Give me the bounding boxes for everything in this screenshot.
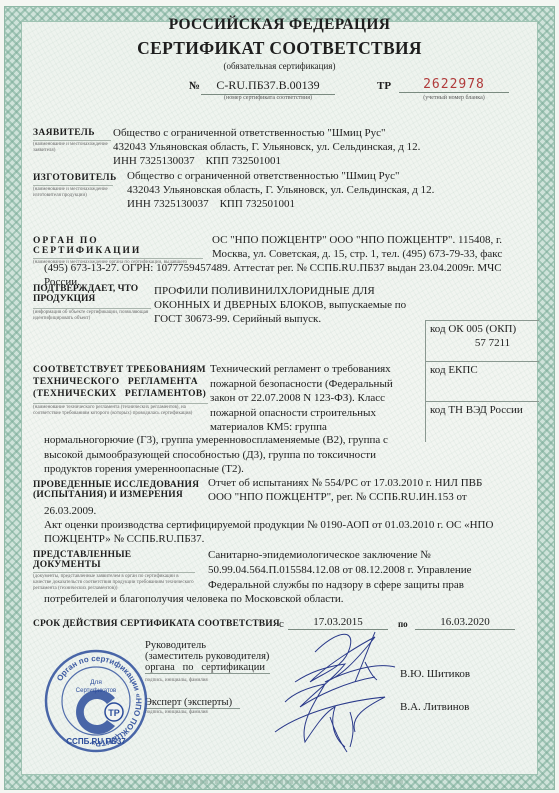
compliance-cont-line2: высокой дымообразующей способностью (Д3)… (44, 448, 388, 463)
tests-line2: ООО "НПО ПОЖЦЕНТР", рег. № ССПБ.RU.ИН.15… (208, 490, 467, 504)
fine-print-strip (160, 780, 405, 784)
documents-line1: Санитарно-эпидемиологическое заключение … (208, 548, 431, 562)
certificate-number-caption: (номер сертификата соответствия) (201, 95, 335, 101)
manufacturer-address: 432043 Ульяновская область, Г. Ульяновск… (127, 183, 434, 197)
product-label-block: ПОДТВЕРЖДАЕТ, ЧТО ПРОДУКЦИЯ (информация … (33, 284, 151, 322)
tests-line3: 26.03.2009. (44, 504, 96, 518)
compliance-line4: пожарной опасности строительных (210, 406, 393, 421)
expert-caption: подпись, инициалы, фамилия (145, 710, 240, 715)
head-role-line1: Руководитель (145, 640, 270, 651)
compliance-caption: (наименование технического регламента (т… (33, 403, 208, 417)
product-line2: ОКОННЫХ И ДВЕРНЫХ БЛОКОВ, выпускаемые по (154, 298, 406, 312)
certification-stamp: Орган по сертификации «НПО ПОЖЦЕНТР» ТР … (43, 648, 149, 754)
tests-line4: Акт оценки производства сертифицируемой … (44, 518, 493, 532)
validity-to-date: 16.03.2020 (415, 615, 515, 630)
head-caption: подпись, инициалы, фамилия (145, 675, 270, 686)
compliance-cont-line1: нормальногорючие (Г3), группа умеренново… (44, 433, 388, 448)
compliance-label-block: СООТВЕТСТВУЕТ ТРЕБОВАНИЯМ ТЕХНИЧЕСКОГО Р… (33, 364, 208, 417)
okp-code-box: код ОК 005 (ОКП) 57 7211 (425, 320, 539, 361)
okp-code-value: 57 7211 (430, 337, 535, 349)
manufacturer-label: ИЗГОТОВИТЕЛЬ (33, 173, 113, 183)
expert-block: Эксперт (эксперты) подпись, инициалы, фа… (145, 697, 240, 715)
documents-line2: 50.99.04.564.П.015584.12.08 от 08.12.200… (208, 563, 472, 577)
head-role-line2: (заместитель руководителя) (145, 651, 270, 662)
tnved-code-box: код ТН ВЭД России (425, 401, 539, 442)
tests-line5: ПОЖЦЕНТР» № ССПБ.RU.ПБ37. (44, 532, 204, 546)
certificate-subtitle: (обязательная сертификация) (0, 61, 559, 71)
compliance-label-line3: (ТЕХНИЧЕСКИХ РЕГЛАМЕНТОВ) (33, 388, 208, 400)
manufacturer-inn: ИНН 7325130037 КПП 732501001 (127, 197, 434, 211)
head-signatory-block: Руководитель (заместитель руководителя) … (145, 640, 270, 686)
cert-body-label: ОРГАН ПО СЕРТИФИКАЦИИ (33, 236, 203, 256)
compliance-line2: пожарной безопасности (Федеральный (210, 377, 393, 392)
applicant-inn: ИНН 7325130037 КПП 732501001 (113, 154, 420, 168)
tp-label: ТР (377, 80, 391, 92)
documents-label-block: ПРЕДСТАВЛЕННЫЕ ДОКУМЕНТЫ (документы, пре… (33, 550, 195, 592)
manufacturer-caption: (наименование и местонахождение изготови… (33, 185, 113, 199)
expert-label: Эксперт (эксперты) (145, 697, 240, 709)
compliance-line3: закон от 22.07.2008 N 123-ФЗ). Класс (210, 391, 393, 406)
product-line1: ПРОФИЛИ ПОЛИВИНИЛХЛОРИДНЫЕ ДЛЯ (154, 284, 406, 298)
tnved-code-label: код ТН ВЭД России (430, 404, 535, 416)
manufacturer-name: Общество с ограниченной ответственностью… (127, 169, 434, 183)
okp-code-label: код ОК 005 (ОКП) (430, 323, 535, 335)
compliance-label-line2: ТЕХНИЧЕСКОГО РЕГЛАМЕНТА (33, 376, 208, 388)
documents-line4: потребителей и благополучия человека по … (44, 592, 344, 606)
tests-label-line2: (ИСПЫТАНИЯ) И ИЗМЕРЕНИЯ (33, 490, 208, 500)
compliance-continuation: нормальногорючие (Г3), группа умеренново… (44, 433, 388, 477)
tests-label-block: ПРОВЕДЕННЫЕ ИССЛЕДОВАНИЯ (ИСПЫТАНИЯ) И И… (33, 480, 208, 500)
stamp-center-top: Для (90, 679, 102, 686)
applicant-details: Общество с ограниченной ответственностью… (113, 126, 420, 168)
applicant-label: ЗАЯВИТЕЛЬ (33, 128, 111, 138)
country-heading: РОССИЙСКАЯ ФЕДЕРАЦИЯ (0, 16, 559, 34)
compliance-label-line1: СООТВЕТСТВУЕТ ТРЕБОВАНИЯМ (33, 364, 208, 376)
head-role-line3: органа по сертификации (145, 662, 270, 674)
stamp-logo-text: ТР (108, 708, 120, 718)
product-label-line2: ПРОДУКЦИЯ (33, 294, 151, 304)
product-caption: (информация об объекте сертификации, поз… (33, 308, 151, 322)
compliance-line1: Технический регламент о требованиях (210, 362, 393, 377)
manufacturer-details: Общество с ограниченной ответственностью… (127, 169, 434, 211)
certificate-number: С-RU.ПБ37.В.00139 (201, 78, 335, 95)
applicant-label-block: ЗАЯВИТЕЛЬ (наименование и местонахождени… (33, 128, 111, 154)
tests-label-line1: ПРОВЕДЕННЫЕ ИССЛЕДОВАНИЯ (33, 480, 208, 490)
documents-caption: (документы, представленные заявителем в … (33, 572, 195, 592)
blank-number-caption: (учетный номер бланка) (399, 95, 509, 101)
cert-body-line3: (495) 673-13-27. ОГРН: 1077759457489. Ат… (44, 261, 502, 275)
applicant-name: Общество с ограниченной ответственностью… (113, 126, 420, 140)
manufacturer-label-block: ИЗГОТОВИТЕЛЬ (наименование и местонахожд… (33, 173, 113, 199)
number-sign: № (189, 80, 200, 92)
tests-line1: Отчет об испытаниях № 554/РС от 17.03.20… (208, 476, 482, 490)
product-line3: ГОСТ 30673-99. Серийный выпуск. (154, 312, 406, 326)
compliance-cont-line3: продуктов горения умеренноопасные (Т2). (44, 462, 388, 477)
validity-label: СРОК ДЕЙСТВИЯ СЕРТИФИКАТА СООТВЕТСТВИЯ (33, 619, 280, 629)
stamp-center-mid: Сертификатов (76, 688, 116, 694)
applicant-caption: (наименование и местонахождение заявител… (33, 140, 111, 154)
ekps-code-label: код ЕКПС (430, 364, 535, 376)
certificate-title: СЕРТИФИКАТ СООТВЕТСТВИЯ (0, 38, 559, 59)
cert-body-line2: Москва, ул. Советская, д. 15, стр. 1, те… (212, 247, 502, 261)
applicant-address: 432043 Ульяновская область, Г. Ульяновск… (113, 140, 420, 154)
documents-line3: Федеральной службы по надзору в сфере за… (208, 578, 464, 592)
ekps-code-box: код ЕКПС (425, 361, 539, 402)
stamp-bottom-text: ССПБ.RU.ПБ37 (66, 737, 126, 746)
documents-label: ПРЕДСТАВЛЕННЫЕ ДОКУМЕНТЫ (33, 550, 195, 570)
cert-body-line1: ОС "НПО ПОЖЦЕНТР" ООО "НПО ПОЖЦЕНТР". 11… (212, 233, 502, 247)
compliance-regulation: Технический регламент о требованиях пожа… (210, 362, 393, 435)
product-description: ПРОФИЛИ ПОЛИВИНИЛХЛОРИДНЫЕ ДЛЯ ОКОННЫХ И… (154, 284, 406, 326)
product-label-line1: ПОДТВЕРЖДАЕТ, ЧТО (33, 284, 151, 294)
blank-number: 2622978 (399, 77, 509, 93)
signature-scribble (255, 622, 415, 762)
